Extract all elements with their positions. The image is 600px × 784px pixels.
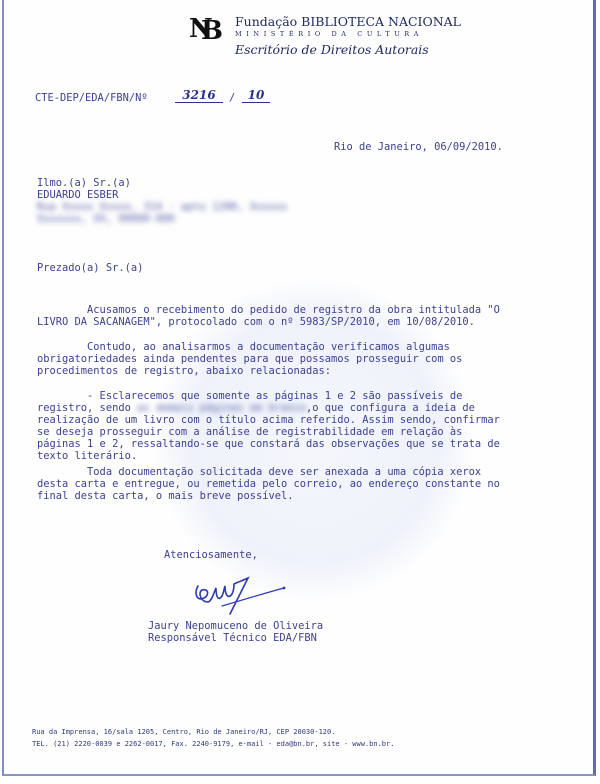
paragraph-2-line-1: Contudo, ao analisarmos a documentação v… <box>37 341 450 354</box>
reference-separator: / <box>229 92 235 105</box>
recipient-name: EDUARDO ESBER <box>37 189 118 202</box>
signature-icon <box>192 568 287 618</box>
paragraph-3-text-post: ,o que configura a ideia de <box>306 402 475 414</box>
reference-prefix: CTE-DEP/EDA/FBN/Nº <box>35 92 148 105</box>
signatory-role: Responsável Técnico EDA/FBN <box>148 632 317 645</box>
paragraph-3-line-4: se deseja prosseguir com a análise de re… <box>37 426 462 439</box>
reference-number: 3216 <box>175 88 223 103</box>
paragraph-4-line-3: final desta carta, o mais breve possível… <box>37 490 293 503</box>
paragraph-2-line-2: obrigatoriedades ainda pendentes para qu… <box>37 353 462 366</box>
recipient-title: Ilmo.(a) Sr.(a) <box>37 177 131 190</box>
ministry-name: MINISTÉRIO DA CULTURA <box>235 30 423 38</box>
paragraph-3-line-2: registro, sendo as demais páginas em bra… <box>37 402 475 415</box>
place-date: Rio de Janeiro, 06/09/2010. <box>334 141 503 154</box>
paragraph-3-line-3: realização de um livro com o título acim… <box>37 414 500 427</box>
paragraph-3-line-6: texto literário. <box>37 450 137 463</box>
paragraph-3-text-pre: registro, sendo <box>37 402 137 414</box>
fbn-logo-icon: N B <box>187 14 227 48</box>
footer-contact: TEL. (21) 2220-0039 e 2262-0017, Fax. 22… <box>32 738 394 750</box>
redacted-text: as demais páginas em branco <box>137 402 306 414</box>
paragraph-2-line-3: procedimentos de registro, abaixo relaci… <box>37 365 331 378</box>
footer-address: Rua da Imprensa, 16/sala 1205, Centro, R… <box>32 726 335 738</box>
paragraph-1-line-2: LIVRO DA SACANAGEM", protocolado com o n… <box>37 316 475 329</box>
closing: Atenciosamente, <box>164 549 258 562</box>
letter-page: N B Fundação BIBLIOTECA NACIONAL MINISTÉ… <box>2 0 596 776</box>
paragraph-4-line-2: desta carta e entregue, ou remetida pelo… <box>37 478 500 491</box>
greeting: Prezado(a) Sr.(a) <box>37 262 143 275</box>
signatory-name: Jaury Nepomuceno de Oliveira <box>148 620 323 633</box>
recipient-address-redacted: Rua Xxxxx Xxxxx, 314 - apto 1200, Xxxxxx <box>37 201 287 214</box>
paragraph-3-line-1: - Esclarecemos que somente as páginas 1 … <box>37 390 462 403</box>
institution-name: Fundação BIBLIOTECA NACIONAL <box>235 14 461 29</box>
paragraph-3-line-5: páginas 1 e 2, ressaltando-se que consta… <box>37 438 500 451</box>
reference-year: 10 <box>242 88 270 103</box>
office-name: Escritório de Direitos Autorais <box>235 42 429 57</box>
logo-letter-b: B <box>201 16 223 46</box>
paragraph-1-line-1: Acusamos o recebimento do pedido de regi… <box>37 304 500 317</box>
recipient-address-redacted-2: Xxxxxxx, XX, 00000-000 <box>37 213 175 226</box>
paragraph-4-line-1: Toda documentação solicitada deve ser an… <box>37 466 481 479</box>
letterhead: N B Fundação BIBLIOTECA NACIONAL MINISTÉ… <box>187 12 427 62</box>
